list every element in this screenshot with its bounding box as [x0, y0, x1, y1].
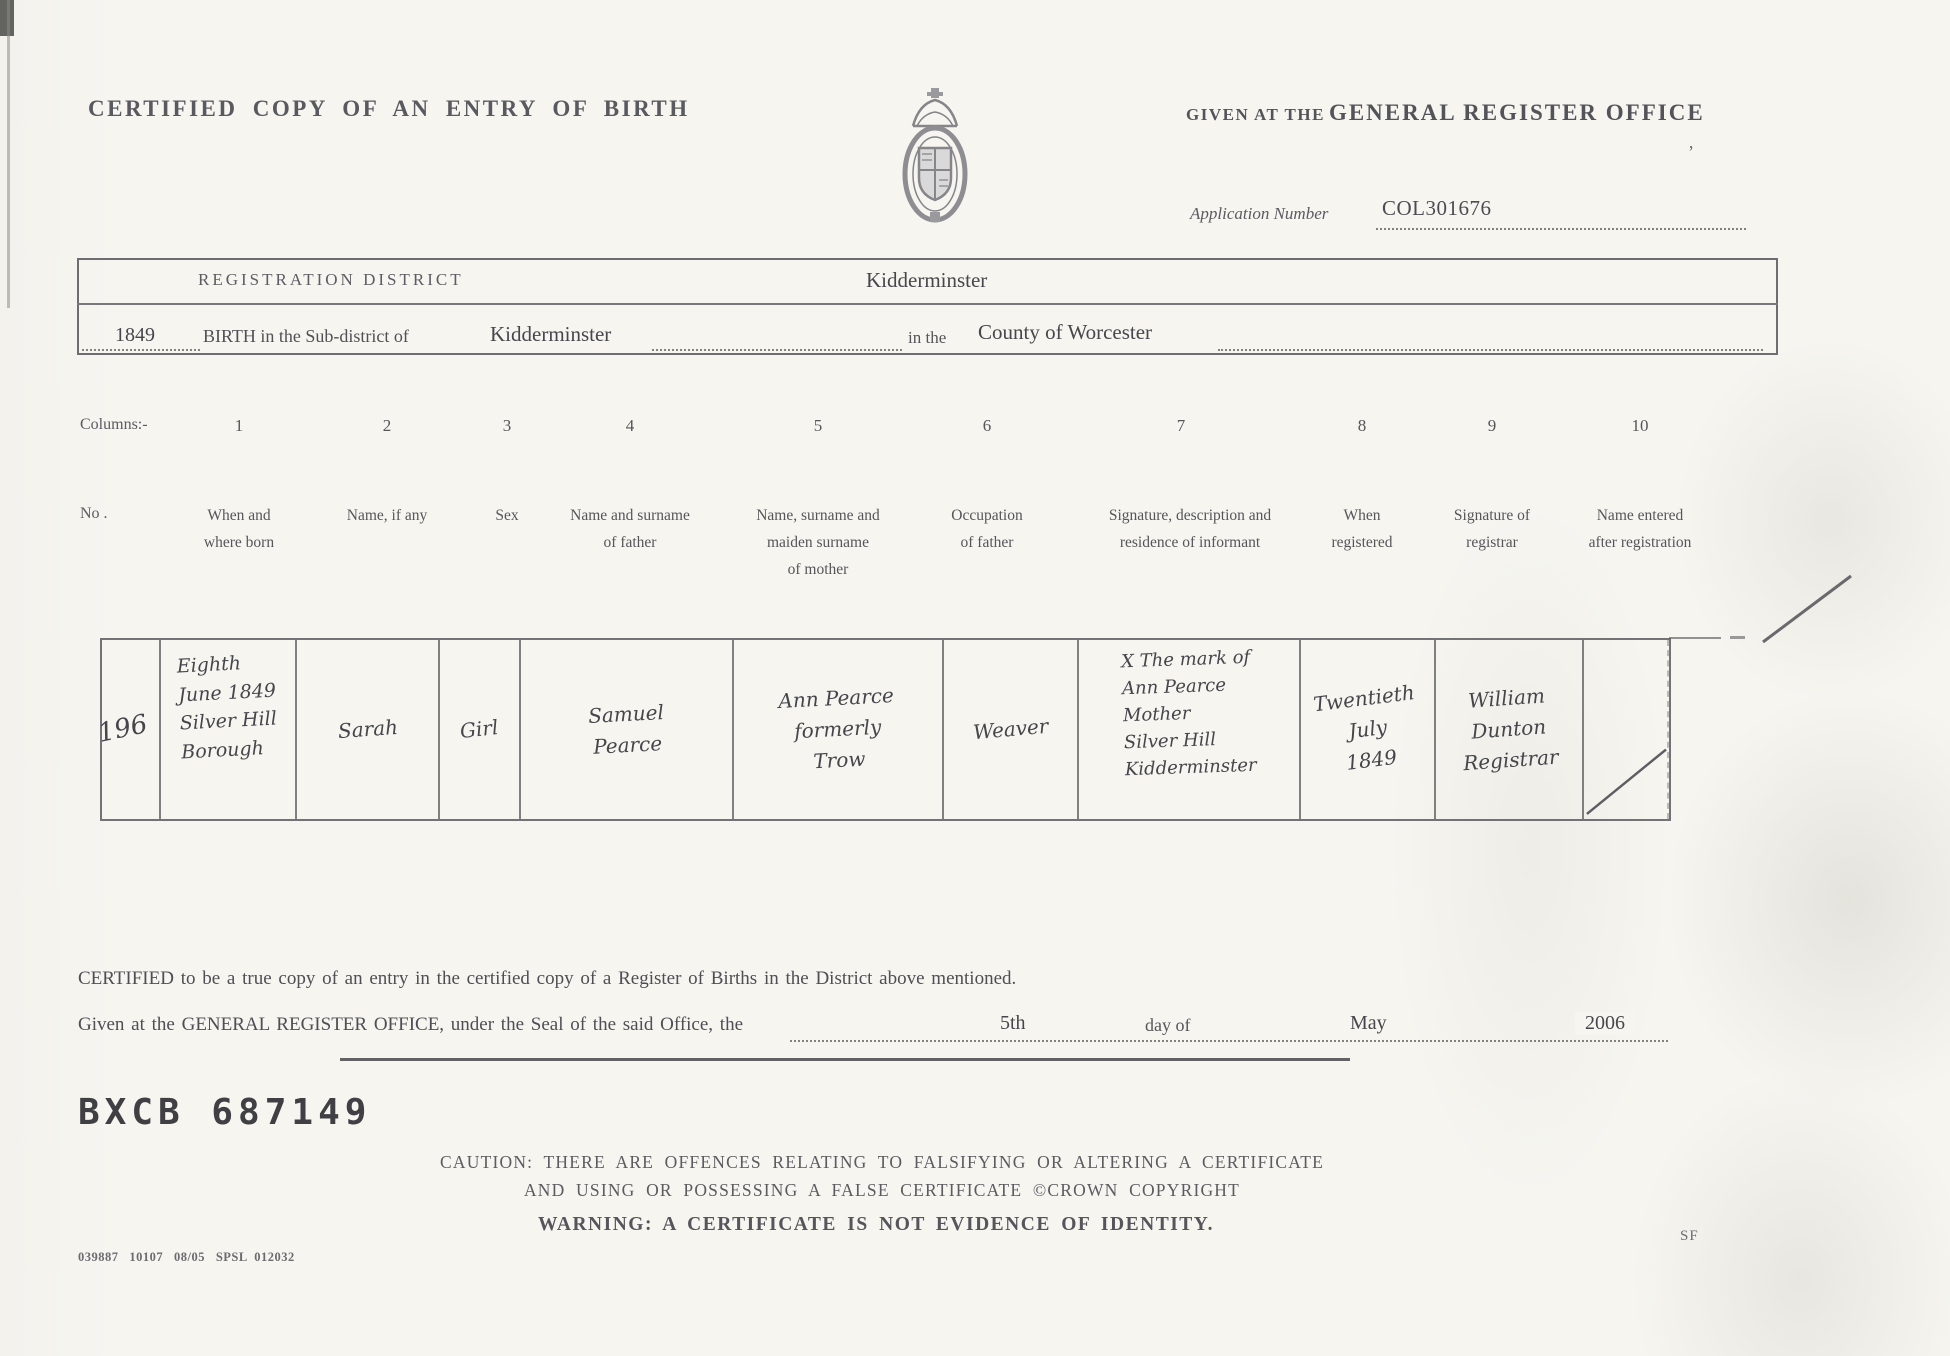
certificate-serial-number: BXCB 687149	[78, 1092, 371, 1133]
column-heading-when-where-born: When and where born	[204, 502, 274, 556]
day-of-label: day of	[1135, 1015, 1200, 1036]
column-number-9: 9	[1488, 416, 1497, 436]
registration-district-label: REGISTRATION DISTRICT	[198, 270, 464, 290]
cell-name-after-registration	[1584, 640, 1669, 819]
entry-number: 196	[94, 705, 151, 755]
page-mark: SF	[1680, 1228, 1699, 1245]
given-at-prefix: GIVEN AT THE	[1186, 105, 1325, 124]
cell-entry-no: 196	[102, 640, 161, 819]
column-number-10: 10	[1632, 416, 1649, 436]
column-number-8: 8	[1358, 416, 1367, 436]
given-at-header: GIVEN AT THE GENERAL REGISTER OFFICE	[1186, 100, 1705, 126]
subdistrict-dotted-line	[652, 349, 902, 351]
column-number-1: 1	[235, 416, 244, 436]
registration-district-value: Kidderminster	[866, 268, 987, 293]
column-heading-sex: Sex	[495, 502, 518, 529]
entry-informant: X The mark of Ann Pearce Mother Silver H…	[1121, 644, 1257, 784]
given-at-statement: Given at the GENERAL REGISTER OFFICE, un…	[78, 1014, 743, 1036]
county-dotted-line	[1218, 349, 1763, 351]
void-diagonal-line	[1584, 640, 1667, 819]
date-dotted-line	[790, 1040, 1668, 1042]
registration-year: 1849	[115, 324, 155, 347]
in-the-label: in the	[908, 328, 946, 348]
column-heading-mother: Name, surname and maiden surname of moth…	[756, 502, 880, 583]
scan-edge-artifact	[7, 0, 10, 308]
entry-registrar: William Dunton Registrar	[1458, 680, 1560, 779]
given-at-office: GENERAL REGISTER OFFICE	[1329, 100, 1705, 125]
county-value: County of Worcester	[978, 320, 1152, 345]
column-number-7: 7	[1177, 416, 1186, 436]
entry-father: Samuel Pearce	[587, 697, 666, 763]
entry-mother: Ann Pearce formerly Trow	[778, 680, 898, 779]
cell-sex: Girl	[440, 640, 521, 819]
scan-speck: ’	[1688, 142, 1694, 163]
no-column-label: No .	[80, 505, 108, 523]
certified-statement: CERTIFIED to be a true copy of an entry …	[78, 968, 1016, 990]
cell-when-registered: Twentieth July 1849	[1301, 640, 1436, 819]
table-border-extension	[1669, 637, 1721, 639]
caution-line-1: CAUTION: THERE ARE OFFENCES RELATING TO …	[440, 1152, 1324, 1173]
application-number-value: COL301676	[1382, 196, 1492, 221]
application-number-dotted-line	[1376, 228, 1746, 230]
sub-district-value: Kidderminster	[490, 322, 611, 347]
entry-when-where-born: Eighth June 1849 Silver Hill Borough	[176, 648, 280, 767]
caution-line-2: AND USING OR POSSESSING A FALSE CERTIFIC…	[524, 1180, 1240, 1201]
column-heading-informant: Signature, description and residence of …	[1109, 502, 1271, 556]
cell-informant: X The mark of Ann Pearce Mother Silver H…	[1079, 640, 1301, 819]
print-reference-code: 039887 10107 08/05 SPSL 012032	[78, 1250, 295, 1265]
year-dotted-line	[82, 349, 200, 351]
entry-name: Sarah	[336, 712, 398, 747]
application-number-label: Application Number	[1190, 204, 1328, 224]
cell-occupation: Weaver	[944, 640, 1079, 819]
birth-certificate-scan: CERTIFIED COPY OF AN ENTRY OF BIRTH GIVE…	[0, 0, 1950, 1356]
register-table: 196 Eighth June 1849 Silver Hill Borough…	[100, 638, 1671, 821]
seal-rule-line	[340, 1058, 1350, 1061]
column-heading-occupation: Occupation of father	[951, 502, 1022, 556]
table-border-dash	[1730, 636, 1745, 639]
royal-crest-icon	[895, 86, 975, 226]
cell-father: Samuel Pearce	[521, 640, 734, 819]
cell-when-where-born: Eighth June 1849 Silver Hill Borough	[161, 640, 297, 819]
column-heading-name-after-registration: Name entered after registration	[1589, 502, 1692, 556]
certificate-day: 5th	[990, 1012, 1036, 1035]
column-number-5: 5	[814, 416, 823, 436]
entry-when-registered: Twentieth July 1849	[1311, 677, 1423, 782]
column-number-3: 3	[503, 416, 512, 436]
cell-registrar: William Dunton Registrar	[1436, 640, 1584, 819]
column-number-2: 2	[383, 416, 392, 436]
column-heading-father: Name and surname of father	[570, 502, 690, 556]
birth-subdistrict-label: BIRTH in the Sub-district of	[203, 326, 409, 347]
columns-label: Columns:-	[80, 416, 148, 434]
cell-mother: Ann Pearce formerly Trow	[734, 640, 944, 819]
column-number-4: 4	[626, 416, 635, 436]
column-heading-when-registered: When registered	[1331, 502, 1392, 556]
certificate-year: 2006	[1575, 1012, 1635, 1035]
column-heading-registrar-signature: Signature of registrar	[1454, 502, 1530, 556]
document-title: CERTIFIED COPY OF AN ENTRY OF BIRTH	[88, 96, 690, 122]
entry-sex: Girl	[459, 712, 500, 747]
registration-box-divider	[77, 303, 1778, 305]
warning-line: WARNING: A CERTIFICATE IS NOT EVIDENCE O…	[538, 1214, 1214, 1236]
column-heading-name: Name, if any	[347, 502, 427, 529]
column-number-6: 6	[983, 416, 992, 436]
cell-name: Sarah	[297, 640, 440, 819]
stray-pen-mark	[1755, 570, 1855, 650]
certificate-month: May	[1340, 1012, 1397, 1035]
entry-occupation: Weaver	[972, 711, 1050, 748]
